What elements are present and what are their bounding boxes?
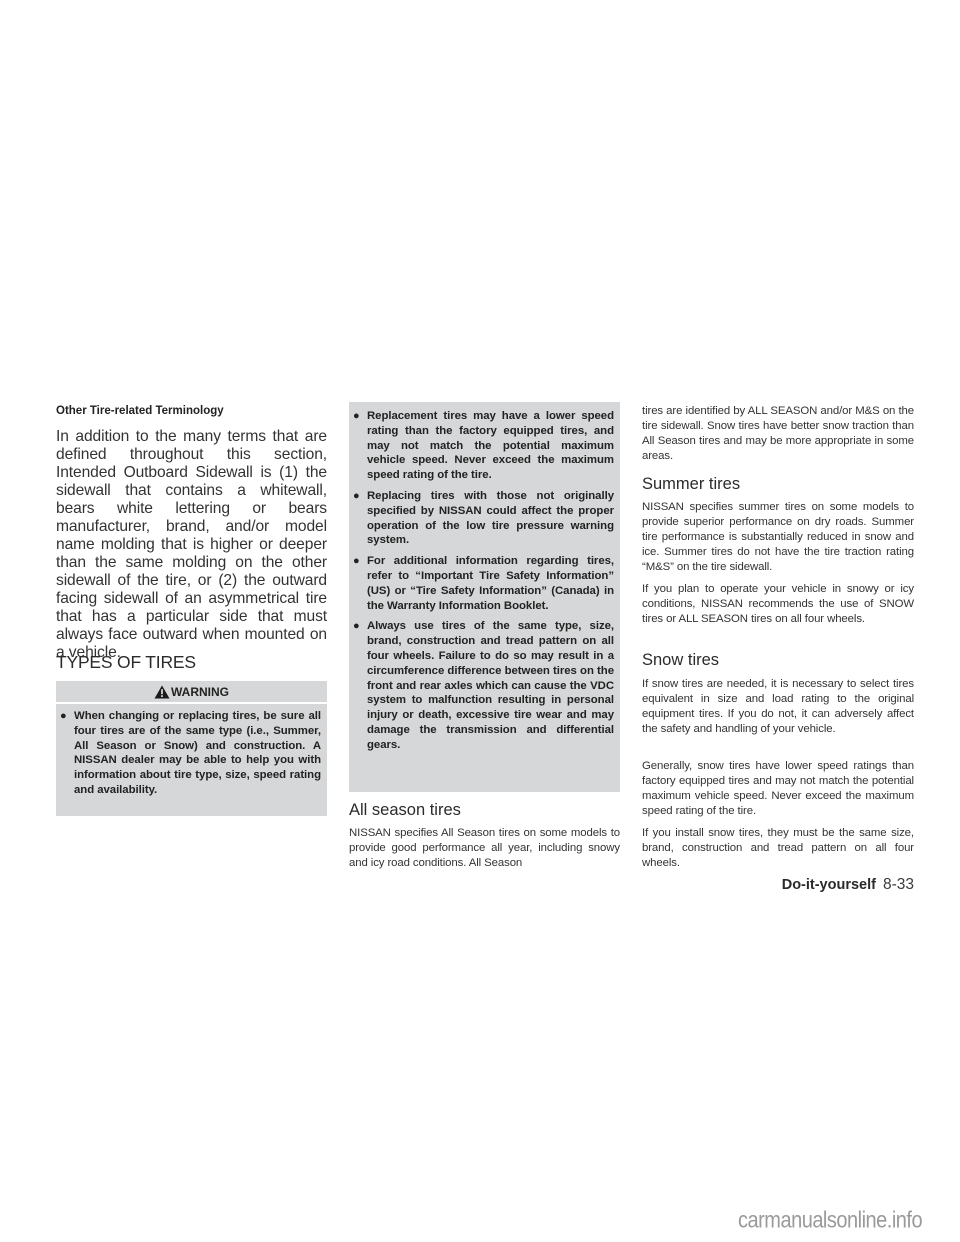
snow-tires-heading: Snow tires	[642, 651, 719, 670]
bullet-icon: ●	[353, 409, 360, 424]
warning-box: WARNING ●When changing or replacing tire…	[56, 681, 327, 816]
warning-item: ●When changing or replacing tires, be su…	[56, 709, 321, 798]
summer-paragraph-2: If you plan to operate your vehicle in s…	[642, 582, 914, 627]
subheading-terminology: Other Tire-related Terminology	[56, 405, 224, 417]
all-season-paragraph-continued: tires are identified by ALL SEASON and/o…	[642, 404, 914, 464]
warning-item: ●Replacement tires may have a lower spee…	[349, 409, 614, 483]
section-name: Do-it-yourself	[782, 877, 876, 893]
page-footer: Do-it-yourself8-33	[642, 876, 914, 894]
warning-item: ●Replacing tires with those not original…	[349, 489, 614, 548]
all-season-paragraph: NISSAN specifies All Season tires on som…	[349, 826, 620, 871]
terminology-paragraph: In addition to the many terms that are d…	[56, 428, 327, 662]
warning-header: WARNING	[56, 681, 327, 704]
summer-paragraph-1: NISSAN specifies summer tires on some mo…	[642, 500, 914, 575]
warning-item: ●Always use tires of the same type, size…	[349, 619, 614, 752]
summer-tires-heading: Summer tires	[642, 475, 740, 494]
snow-paragraph-2: Generally, snow tires have lower speed r…	[642, 759, 914, 819]
page-number: 8-33	[883, 876, 914, 893]
bullet-icon: ●	[353, 619, 360, 634]
bullet-icon: ●	[60, 709, 67, 724]
bullet-icon: ●	[353, 554, 360, 569]
warning-triangle-icon	[154, 685, 170, 699]
types-of-tires-heading: TYPES OF TIRES	[56, 652, 196, 673]
all-season-heading: All season tires	[349, 801, 461, 820]
warning-item: ●For additional information regarding ti…	[349, 554, 614, 613]
warning-title: WARNING	[171, 685, 229, 699]
snow-paragraph-1: If snow tires are needed, it is necessar…	[642, 677, 914, 737]
bullet-icon: ●	[353, 489, 360, 504]
watermark: carmanualsonline.info	[738, 1208, 922, 1234]
warning-box-continued: ●Replacement tires may have a lower spee…	[349, 402, 620, 792]
snow-paragraph-3: If you install snow tires, they must be …	[642, 826, 914, 871]
